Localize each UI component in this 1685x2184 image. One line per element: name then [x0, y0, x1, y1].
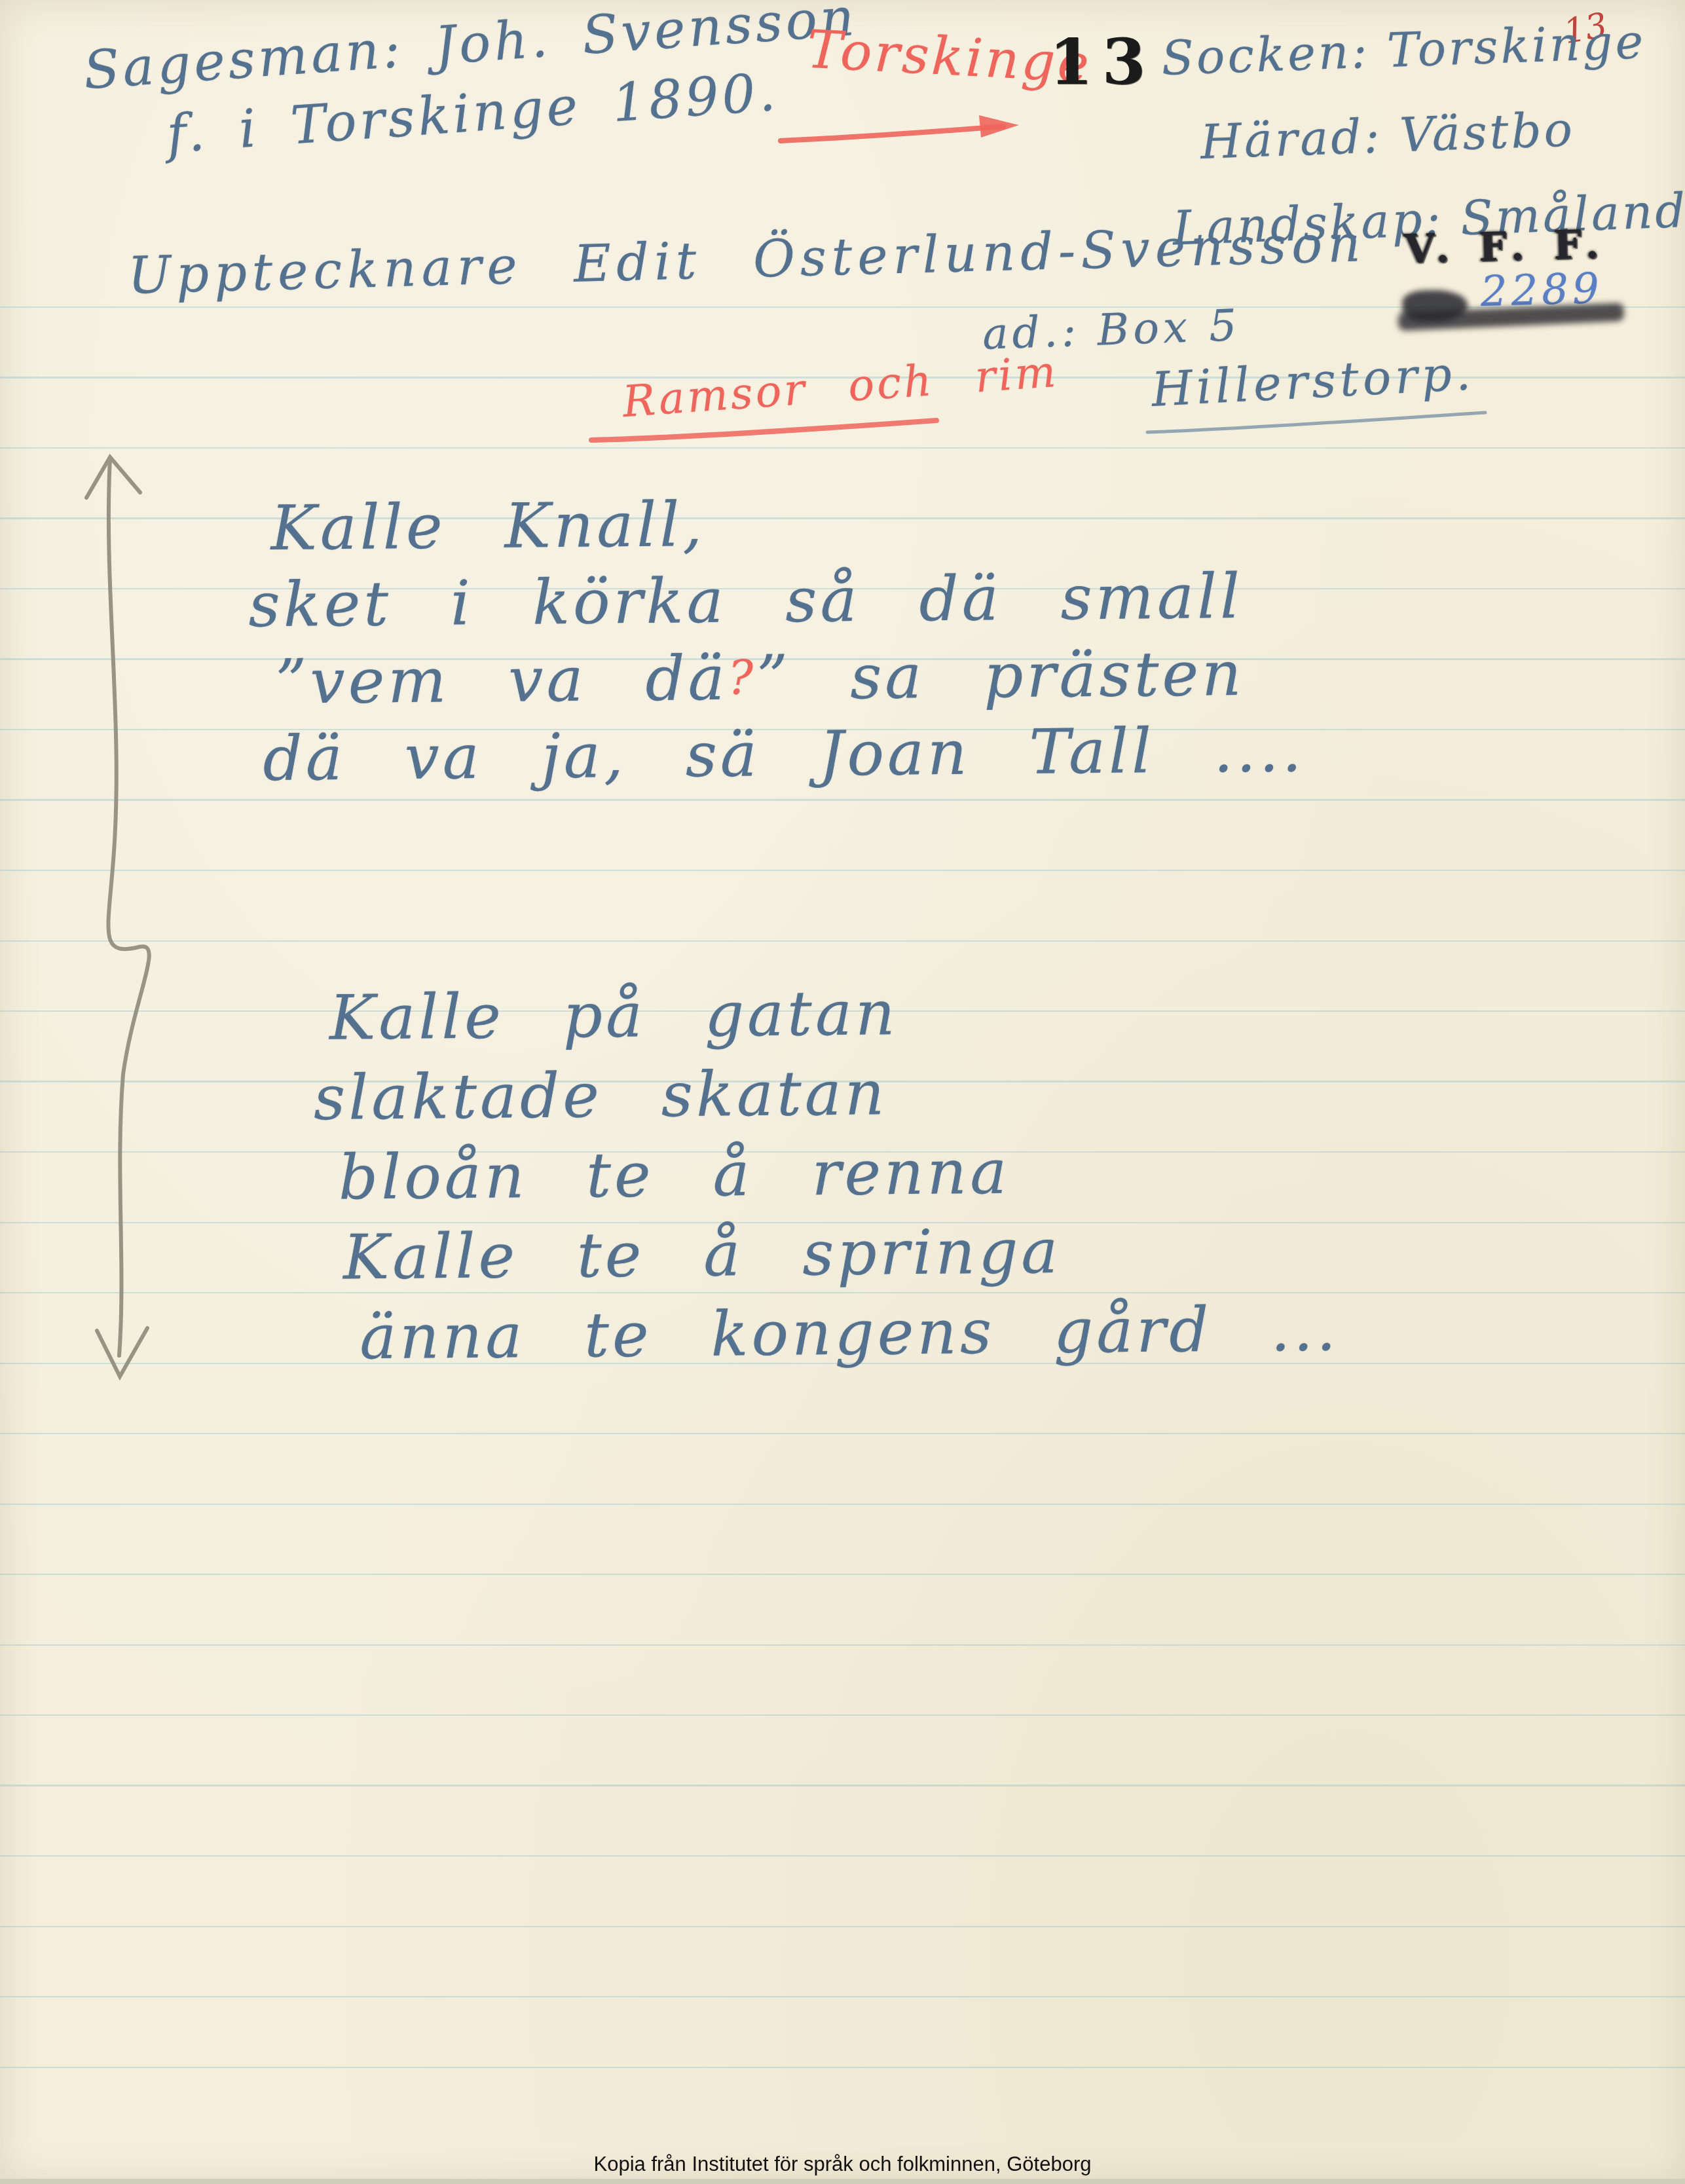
- verse-1-line-3: ”vem va dä?” sa prästen: [275, 635, 1305, 721]
- archive-stamp: V. F. F. 2289: [1403, 221, 1608, 318]
- verse-1-line-3-rest: ” sa prästen: [756, 639, 1245, 714]
- red-question-mark: ?: [728, 650, 756, 705]
- informant-note: Sagesman: Joh. Svensson f. i Torskinge 1…: [81, 0, 864, 175]
- scan-edge: [0, 2179, 1685, 2184]
- location-harad: Härad: Västbo: [1199, 83, 1685, 185]
- verse-2: Kalle på gatan slaktade skatan bloån te …: [329, 970, 1339, 1378]
- record-number: 13: [1049, 25, 1155, 99]
- verse-1: Kalle Knall, sket i körka så dä small ”v…: [270, 481, 1305, 798]
- verse-1-line-2: sket i körka så dä small: [248, 558, 1304, 644]
- verse-2-line-4: Kalle te å springa: [343, 1210, 1339, 1298]
- manuscript-page: Sagesman: Joh. Svensson f. i Torskinge 1…: [0, 0, 1685, 2184]
- copy-attribution: Kopia från Institutet för språk och folk…: [0, 2153, 1685, 2176]
- verse-2-line-5: änna te kongens gård ...: [360, 1289, 1340, 1378]
- verse-2-line-2: slaktade skatan: [313, 1050, 1337, 1139]
- recorder-name: Upptecknare Edit Österlund-Svensson: [127, 214, 1366, 305]
- pencil-bracket-arrow: [86, 457, 149, 1377]
- verse-2-line-3: bloån te å renna: [338, 1130, 1338, 1218]
- town-underline: [1147, 413, 1485, 432]
- recorder-town: Hillerstorp.: [1150, 345, 1475, 417]
- verse-2-line-1: Kalle på gatan: [329, 970, 1337, 1058]
- verse-1-line-4: dä va ja, sä Joan Tall ....: [263, 712, 1305, 798]
- category-annotation-red: Ramsor och rim: [621, 346, 1060, 427]
- verse-1-line-3-text: ”vem va dä: [275, 643, 728, 718]
- verse-1-line-1: Kalle Knall,: [270, 481, 1303, 567]
